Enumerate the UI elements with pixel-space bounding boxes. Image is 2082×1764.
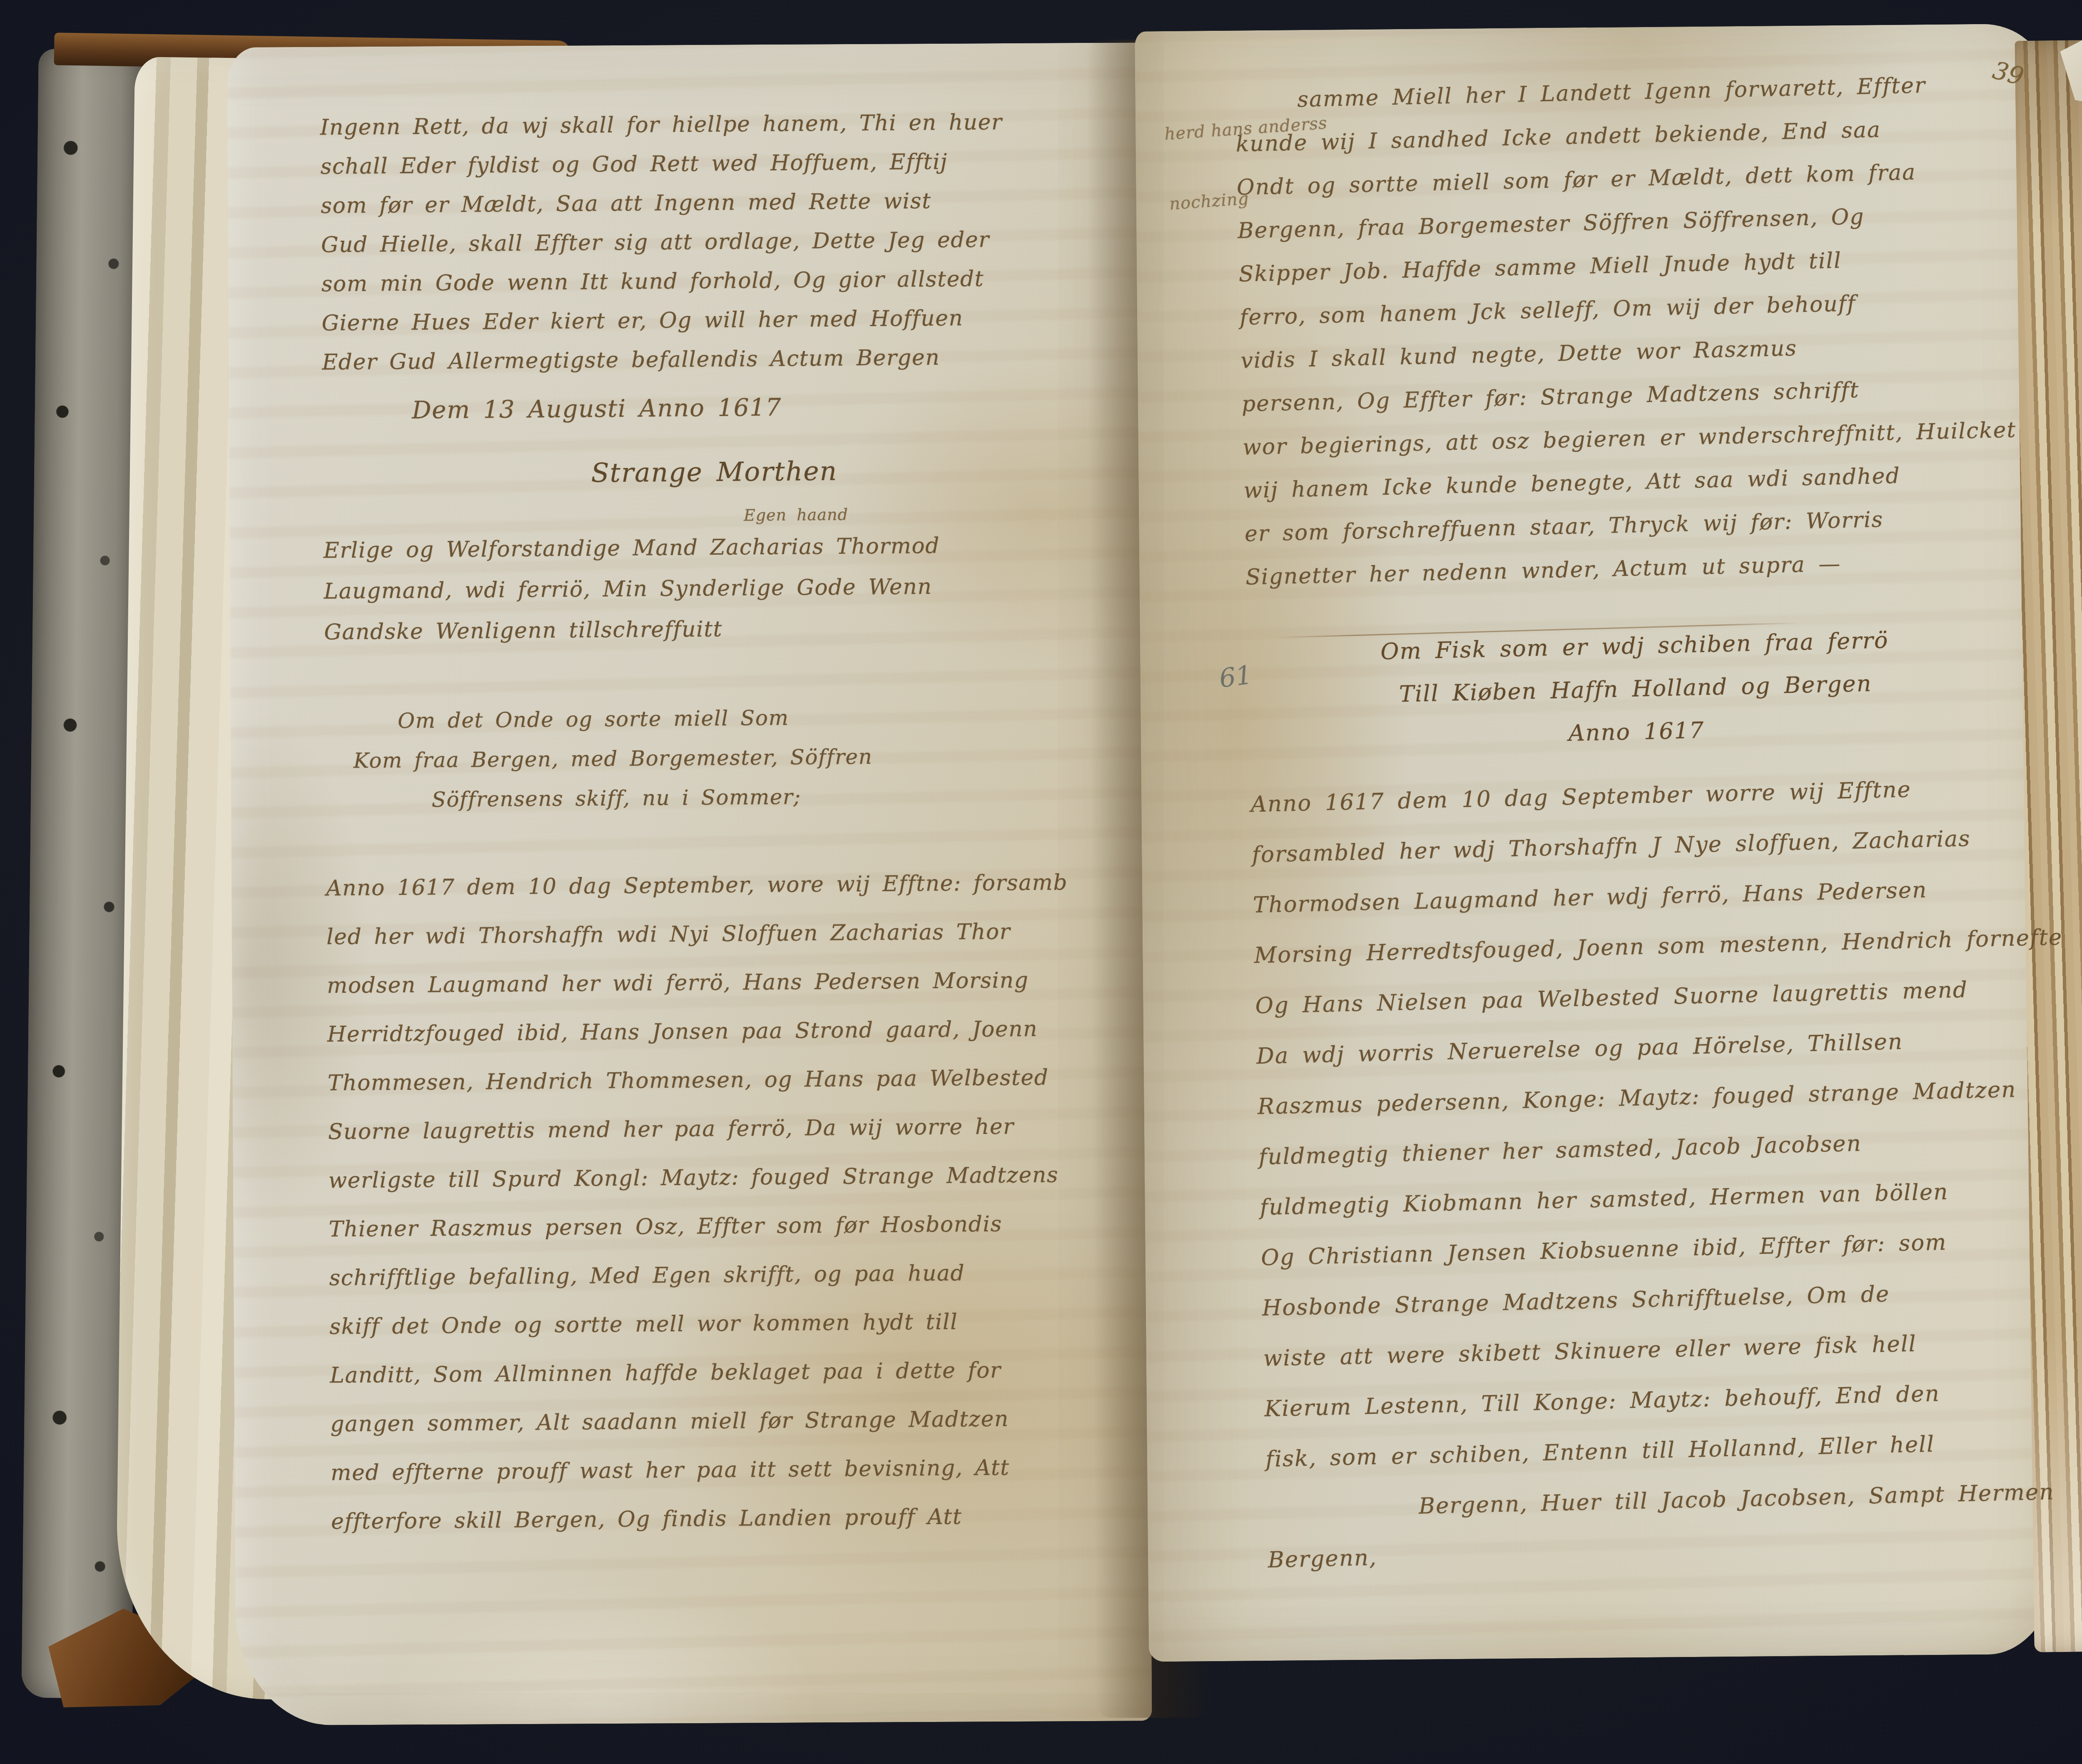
manuscript-line: Gandske Wenligenn tillschreffuitt (324, 606, 1107, 653)
right-page-text: samme Miell her I Landett Igenn forwaret… (1234, 61, 2082, 1585)
manuscript-line: Kom fraa Bergen, med Borgemester, Söffre… (325, 735, 1108, 781)
court-record-paragraph: Anno 1617 dem 10 dag September, wore wij… (326, 858, 1114, 1547)
manuscript-line: led her wdi Thorshaffn wdi Nyi Sloffuen … (326, 907, 1110, 962)
letter-closing-paragraph: Ingenn Rett, da wj skall for hiellpe han… (320, 102, 1105, 382)
manuscript-line: som min Gode wenn Itt kund forhold, Og g… (321, 259, 1104, 304)
manuscript-line: modsen Laugmand her wdi ferrö, Hans Pede… (327, 956, 1110, 1011)
manuscript-line: Anno 1617 dem 10 dag September, wore wij… (326, 858, 1109, 913)
case-subject-heading: Om det Onde og sorte miell SomKom fraa B… (325, 696, 1108, 821)
left-page-text: Ingenn Rett, da wj skall for hiellpe han… (320, 102, 1114, 1547)
manuscript-line: schall Eder fyldist og God Rett wed Hoff… (320, 141, 1103, 187)
salutation-paragraph: Egen haand Erlige og Welforstandige Mand… (323, 524, 1107, 653)
manuscript-line: effterfore skill Bergen, Og findis Landi… (331, 1492, 1114, 1547)
manuscript-line: Om det Onde og sorte miell Som (325, 696, 1108, 742)
manuscript-line: Herridtzfouged ibid, Hans Jonsen paa Str… (327, 1004, 1110, 1059)
manuscript-line: Erlige og Welforstandige Mand Zacharias … (323, 524, 1106, 571)
fish-shipment-heading: Om Fisk som er wdj schiben fraa ferröTil… (1276, 616, 1995, 761)
manuscript-line: Landitt, Som Allminnen haffde beklaget p… (330, 1345, 1113, 1400)
signature-heading: Strange Morthen (323, 453, 1106, 492)
manuscript-line: Gud Hielle, skall Effter sig att ordlage… (321, 219, 1104, 265)
salutation-lines: Erlige og Welforstandige Mand Zacharias … (323, 524, 1107, 653)
scan-background: Ingenn Rett, da wj skall for hiellpe han… (0, 0, 2082, 1764)
manuscript-line: Ingenn Rett, da wj skall for hiellpe han… (320, 102, 1103, 147)
manuscript-line: Suorne laugrettis mend her paa ferrö, Da… (328, 1102, 1111, 1157)
manuscript-line: med effterne prouff wast her paa itt set… (331, 1443, 1114, 1498)
manuscript-line: werligste till Spurd Kongl: Maytz: fouge… (328, 1151, 1111, 1206)
manuscript-line: Thommesen, Hendrich Thommesen, og Hans p… (327, 1053, 1111, 1108)
record-continuation-paragraph: samme Miell her I Landett Igenn forwaret… (1234, 61, 2068, 599)
manuscript-line: gangen sommer, Alt saadann miell før Str… (330, 1394, 1113, 1449)
manuscript-line: Söffrensens skiff, nu i Sommer; (325, 775, 1108, 821)
manuscript-line: skiff det Onde og sortte mell wor kommen… (329, 1297, 1113, 1352)
letter-date-line: Dem 13 Augusti Anno 1617 (322, 380, 1106, 436)
manuscript-line: som før er Mældt, Saa att Ingenn med Ret… (321, 180, 1104, 226)
manuscript-line: Eder Gud Allermegtigste befallendis Actu… (322, 337, 1105, 382)
pencil-foliation-number: 61 (1218, 659, 1254, 693)
manuscript-line: Gierne Hues Eder kiert er, Og will her m… (321, 298, 1105, 343)
manuscript-line: Laugmand, wdi ferriö, Min Synderlige God… (324, 565, 1107, 612)
interlinear-note: Egen haand (744, 506, 848, 525)
manuscript-book: Ingenn Rett, da wj skall for hiellpe han… (0, 0, 2082, 1764)
fish-record-paragraph: Anno 1617 dem 10 dag September worre wij… (1250, 761, 2082, 1585)
manuscript-line: Thiener Raszmus persen Osz, Effter som f… (329, 1199, 1112, 1254)
manuscript-line: schrifftlige befalling, Med Egen skrifft… (329, 1248, 1112, 1303)
